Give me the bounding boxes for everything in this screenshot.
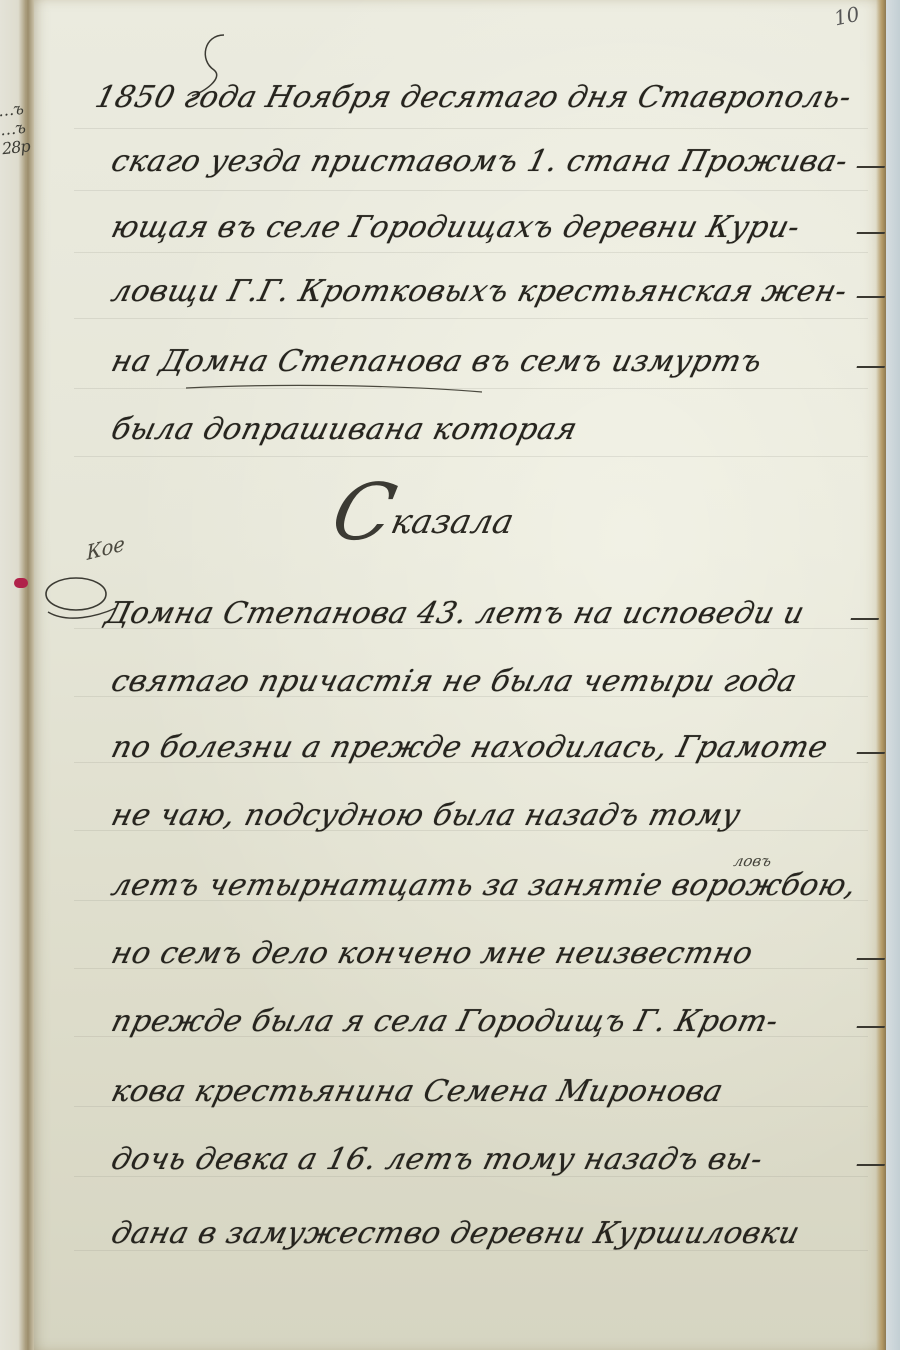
ruled-line: [74, 190, 868, 191]
hyphen-dash: [857, 366, 885, 368]
manuscript-page: 10 1850 года Ноября деcятаго дня Ставроп…: [34, 0, 886, 1350]
text-line: на Домна Степанова въ семъ измуртъ: [107, 342, 887, 382]
hyphen-dash: [857, 232, 885, 234]
text-line: была допрашивана которая: [107, 410, 887, 450]
manuscript-photo: …ъ …ъ 28р 10 1850 года Ноября деcятаго д…: [0, 0, 900, 1350]
text-line: не чаю, подсудною была назадъ тому: [107, 796, 887, 836]
hyphen-dash: [851, 618, 879, 620]
margin-note: Кое: [86, 531, 125, 565]
text-line: по болезни а прежде находилась, Грамоте: [107, 728, 887, 768]
background-surface: [886, 0, 900, 1350]
text-line: 1850 года Ноября деcятаго дня Ставрополь…: [91, 78, 871, 118]
name-underline-stroke: [184, 382, 484, 396]
ruled-line: [74, 128, 868, 129]
text-line: скаго уезда приставомъ 1. стана Проживa-: [107, 142, 887, 182]
text-line: летъ четырнатцать за занятiе ворожбою,: [107, 866, 887, 906]
hyphen-dash: [857, 1164, 885, 1166]
page-number: 10: [832, 2, 862, 31]
text-line: Домна Степанова 43. летъ на исповеди и: [101, 594, 881, 634]
hyphen-dash: [857, 752, 885, 754]
text-line: кова крестьянина Семена Миронова: [107, 1072, 887, 1112]
text-line: но семъ дело кончено мне неизвестно: [107, 934, 887, 974]
text-line: дочь девка а 16. летъ тому назадъ вы-: [107, 1140, 887, 1180]
text-line: ловщи Г.Г. Кротковыхъ крестьянская жен-: [107, 272, 887, 312]
section-heading: Сказала: [327, 478, 523, 548]
previous-page-edge: …ъ …ъ 28р: [0, 0, 26, 1350]
text-line: ющая въ селе Городищахъ деревни Кури-: [107, 208, 887, 248]
hyphen-dash: [857, 296, 885, 298]
ruled-line: [74, 318, 868, 319]
binding-thread: [14, 578, 28, 588]
text-line: прежде была я села Городищъ Г. Крот-: [107, 1002, 887, 1042]
ruled-line: [74, 388, 868, 389]
hyphen-dash: [857, 958, 885, 960]
text-line: святаго причастiя не была четыри года: [107, 662, 887, 702]
ruled-line: [74, 252, 868, 253]
previous-page-margin-text: …ъ …ъ 28р: [0, 99, 29, 158]
hyphen-dash: [857, 166, 885, 168]
ruled-line: [74, 456, 868, 457]
text-line: дана в замужество деревни Куршиловки: [107, 1214, 887, 1254]
hyphen-dash: [857, 1026, 885, 1028]
